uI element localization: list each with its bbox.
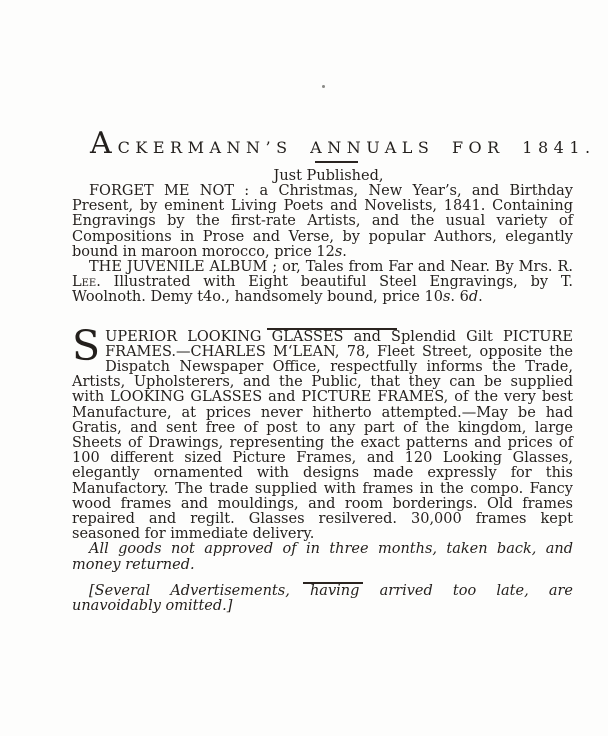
paragraph-juvenile-album: THE JUVENILE ALBUM ; or, Tales from Far … bbox=[72, 260, 573, 306]
paragraph-text-end: . bbox=[342, 244, 347, 260]
paragraph-text: THE JUVENILE ALBUM ; or, Tales from Far … bbox=[89, 259, 573, 275]
paragraph-text: UPERIOR LOOKING GLASSES and Splendid Gil… bbox=[72, 329, 573, 543]
paragraph-text-end: . bbox=[478, 289, 483, 305]
drop-initial-s: S bbox=[72, 330, 105, 361]
drop-initial-a: A bbox=[90, 126, 112, 161]
closing-editorial-note: [Several Advertisements, having arrived … bbox=[72, 584, 573, 614]
text-block: ACKERMANN’S ANNUALS FOR 1841. Just Publi… bbox=[72, 0, 573, 614]
paragraph-text: FORGET ME NOT : a Christmas, New Year’s,… bbox=[72, 183, 573, 260]
italic-price-abbrev: d bbox=[469, 289, 478, 305]
scanned-page: ACKERMANN’S ANNUALS FOR 1841. Just Publi… bbox=[0, 0, 608, 736]
ad-mclean-looking-glasses: SUPERIOR LOOKING GLASSES and Splendid Gi… bbox=[72, 330, 573, 573]
page-title: ACKERMANN’S ANNUALS FOR 1841. bbox=[90, 131, 573, 161]
ad-ackermann-annuals: ACKERMANN’S ANNUALS FOR 1841. Just Publi… bbox=[72, 131, 573, 306]
page-title-text: CKERMANN’S ANNUALS FOR 1841. bbox=[118, 138, 596, 157]
smallcaps-author-name: Lee bbox=[72, 274, 96, 290]
paragraph-text: . 6 bbox=[450, 289, 468, 305]
subheading-just-published: Just Published, bbox=[72, 168, 573, 184]
paragraph-returns-guarantee: All goods not approved of in three month… bbox=[72, 542, 573, 572]
heading-rule bbox=[315, 161, 358, 163]
paragraph-text: . Illustrated with Eight beautiful Steel… bbox=[72, 274, 573, 305]
paragraph-superior-looking-glasses: SUPERIOR LOOKING GLASSES and Splendid Gi… bbox=[72, 330, 573, 543]
paragraph-forget-me-not: FORGET ME NOT : a Christmas, New Year’s,… bbox=[72, 184, 573, 260]
